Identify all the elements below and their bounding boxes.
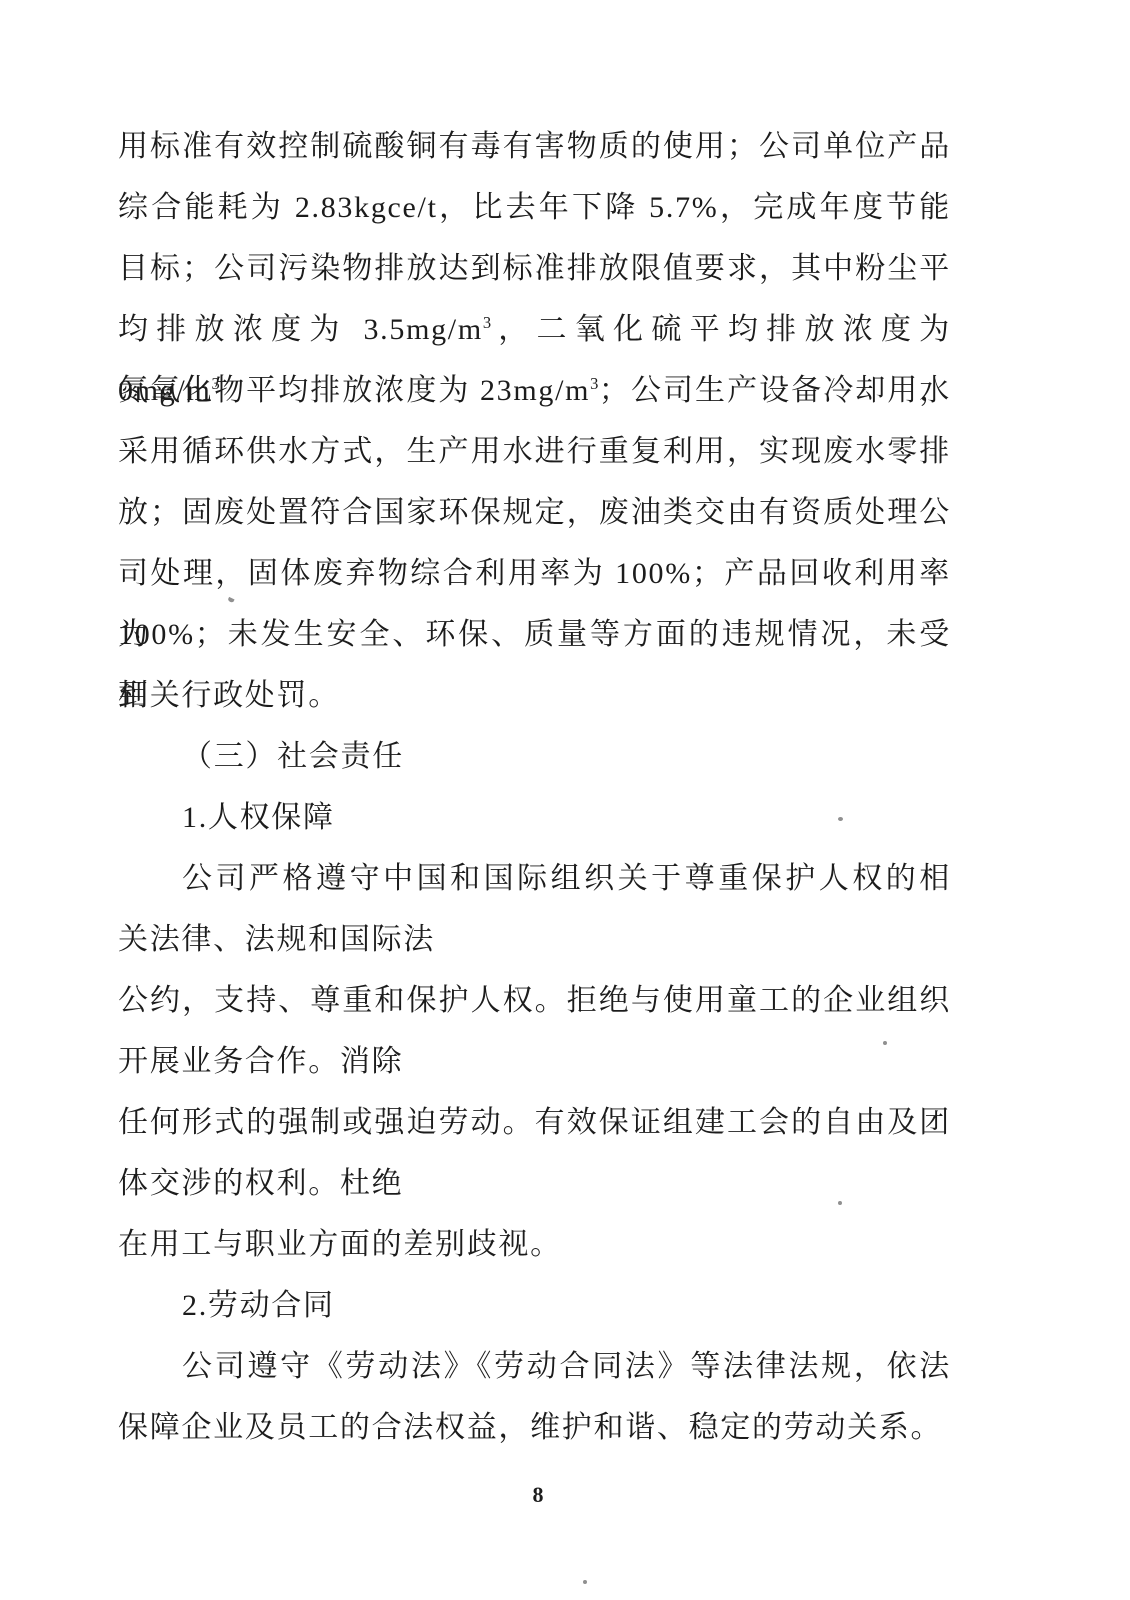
text-line: 相关行政处罚。 xyxy=(118,665,951,726)
text-run: 公司遵守《劳动法》《劳动合同法》等法律法规，依法 xyxy=(182,1350,951,1383)
scan-speck xyxy=(838,1201,842,1205)
text-line: 公司遵守《劳动法》《劳动合同法》等法律法规，依法 xyxy=(118,1336,951,1397)
scan-speck xyxy=(883,1041,887,1045)
text-line: 综合能耗为 2.83kgce/t，比去年下降 5.7%，完成年度节能 xyxy=(118,177,951,238)
text-run: ；公司生产设备冷却用水 xyxy=(599,374,951,407)
superscript-exponent: 3 xyxy=(590,374,599,393)
scan-speck xyxy=(838,817,843,821)
text-run: 采用循环供水方式，生产用水进行重复利用，实现废水零排 xyxy=(118,435,951,468)
text-run: 关法律、法规和国际法 xyxy=(118,923,435,956)
text-line: 司处理，固体废弃物综合利用率为 100%；产品回收利用率为 xyxy=(118,543,951,604)
text-run: 相关行政处罚。 xyxy=(118,679,340,712)
text-line: 100%；未发生安全、环保、质量等方面的违规情况，未受到 xyxy=(118,604,951,665)
text-run: 公司严格遵守中国和国际组织关于尊重保护人权的相 xyxy=(182,862,951,895)
heading-line: 1.人权保障 xyxy=(118,787,951,848)
text-run: 2.劳动合同 xyxy=(182,1289,335,1322)
scan-speck xyxy=(583,1580,587,1584)
text-line: 在用工与职业方面的差别歧视。 xyxy=(118,1214,951,1275)
text-run: 任何形式的强制或强迫劳动。有效保证组建工会的自由及团 xyxy=(118,1106,951,1139)
text-line: 采用循环供水方式，生产用水进行重复利用，实现废水零排 xyxy=(118,421,951,482)
text-run: 用标准有效控制硫酸铜有毒有害物质的使用；公司单位产品 xyxy=(118,130,951,163)
document-body: 用标准有效控制硫酸铜有毒有害物质的使用；公司单位产品综合能耗为 2.83kgce… xyxy=(118,116,951,1458)
scanned-document-page: 用标准有效控制硫酸铜有毒有害物质的使用；公司单位产品综合能耗为 2.83kgce… xyxy=(0,0,1130,1600)
superscript-exponent: 3 xyxy=(483,313,492,332)
text-run: 体交涉的权利。杜绝 xyxy=(118,1167,403,1200)
text-run: 氮氧化物平均排放浓度为 23mg/m xyxy=(118,374,590,407)
text-line: 体交涉的权利。杜绝 xyxy=(118,1153,951,1214)
text-line: 目标；公司污染物排放达到标准排放限值要求，其中粉尘平 xyxy=(118,238,951,299)
heading-line: （三）社会责任 xyxy=(118,726,951,787)
text-line: 关法律、法规和国际法 xyxy=(118,909,951,970)
text-run: 公约，支持、尊重和保护人权。拒绝与使用童工的企业组织 xyxy=(118,984,951,1017)
text-run: 1.人权保障 xyxy=(182,801,335,834)
heading-line: 2.劳动合同 xyxy=(118,1275,951,1336)
text-run: 放；固废处置符合国家环保规定，废油类交由有资质处理公 xyxy=(118,496,951,529)
text-line: 用标准有效控制硫酸铜有毒有害物质的使用；公司单位产品 xyxy=(118,116,951,177)
text-line: 公司严格遵守中国和国际组织关于尊重保护人权的相 xyxy=(118,848,951,909)
text-run: 保障企业及员工的合法权益，维护和谐、稳定的劳动关系。 xyxy=(118,1411,942,1444)
text-line: 氮氧化物平均排放浓度为 23mg/m3；公司生产设备冷却用水 xyxy=(118,360,951,421)
text-line: 公约，支持、尊重和保护人权。拒绝与使用童工的企业组织 xyxy=(118,970,951,1031)
text-line: 开展业务合作。消除 xyxy=(118,1031,951,1092)
text-line: 放；固废处置符合国家环保规定，废油类交由有资质处理公 xyxy=(118,482,951,543)
text-run: 综合能耗为 2.83kgce/t，比去年下降 5.7%，完成年度节能 xyxy=(118,191,951,224)
text-line: 均排放浓度为 3.5mg/m3，二氧化硫平均排放浓度为 0mg/m3， xyxy=(118,299,951,360)
text-run: （三）社会责任 xyxy=(182,740,404,773)
text-run: 均排放浓度为 3.5mg/m xyxy=(118,313,483,346)
text-line: 保障企业及员工的合法权益，维护和谐、稳定的劳动关系。 xyxy=(118,1397,951,1458)
text-run: 开展业务合作。消除 xyxy=(118,1045,403,1078)
text-run: 目标；公司污染物排放达到标准排放限值要求，其中粉尘平 xyxy=(118,252,951,285)
text-run: 在用工与职业方面的差别歧视。 xyxy=(118,1228,562,1261)
text-line: 任何形式的强制或强迫劳动。有效保证组建工会的自由及团 xyxy=(118,1092,951,1153)
page-number: 8 xyxy=(0,1482,1076,1508)
